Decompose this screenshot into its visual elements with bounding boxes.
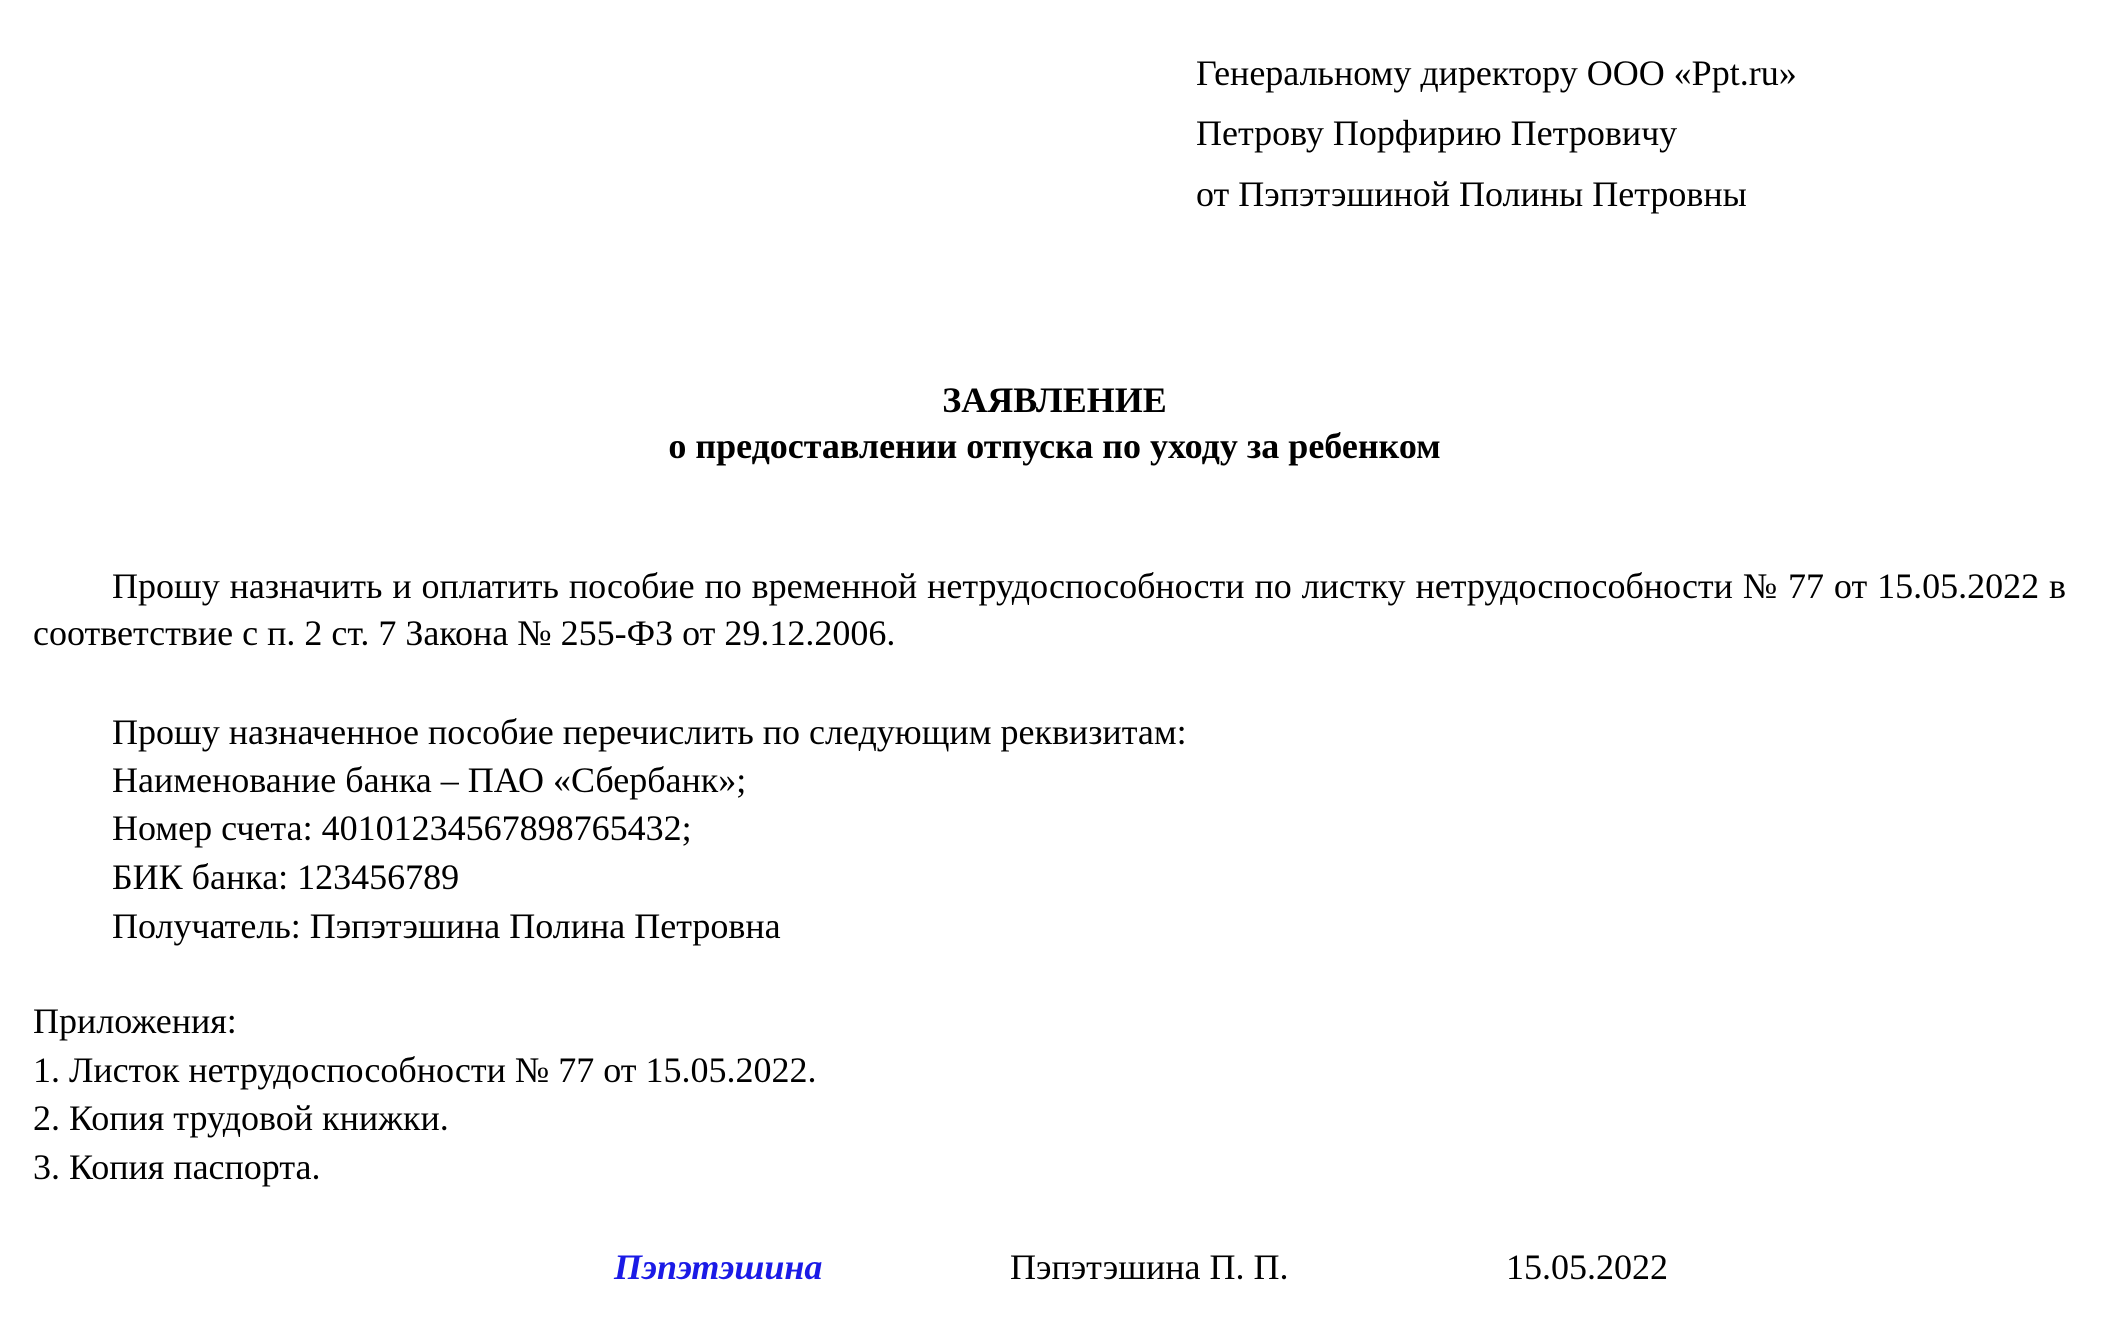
signatory-name: Пэпэтэшина П. П. bbox=[1010, 1249, 1288, 1285]
addressee-line-2: Петрову Порфирию Петровичу bbox=[1196, 115, 1677, 151]
signature-date: 15.05.2022 bbox=[1506, 1249, 1668, 1285]
addressee-line-3: от Пэпэтэшиной Полины Петровны bbox=[1196, 176, 1747, 212]
requisite-bik: БИК банка: 123456789 bbox=[112, 859, 459, 895]
addressee-line-1: Генеральному директору ООО «Ppt.ru» bbox=[1196, 55, 1797, 91]
document-subtitle: о предоставлении отпуска по уходу за реб… bbox=[0, 428, 2109, 464]
attachment-item: 3. Копия паспорта. bbox=[33, 1149, 320, 1185]
request-paragraph-text: Прошу назначить и оплатить пособие по вр… bbox=[33, 566, 2066, 653]
attachment-item: 1. Листок нетрудоспособности № 77 от 15.… bbox=[33, 1052, 816, 1088]
attachments-heading: Приложения: bbox=[33, 1003, 237, 1039]
attachment-item: 2. Копия трудовой книжки. bbox=[33, 1100, 449, 1136]
requisite-recipient: Получатель: Пэпэтэшина Полина Петровна bbox=[112, 908, 781, 944]
requisite-account-number: Номер счета: 40101234567898765432; bbox=[112, 810, 692, 846]
request-paragraph: Прошу назначить и оплатить пособие по вр… bbox=[33, 563, 2066, 657]
handwritten-signature: Пэпэтэшина bbox=[614, 1249, 822, 1285]
requisites-intro: Прошу назначенное пособие перечислить по… bbox=[112, 714, 1187, 750]
document-title: ЗАЯВЛЕНИЕ bbox=[0, 382, 2109, 418]
requisite-bank-name: Наименование банка – ПАО «Сбербанк»; bbox=[112, 762, 746, 798]
